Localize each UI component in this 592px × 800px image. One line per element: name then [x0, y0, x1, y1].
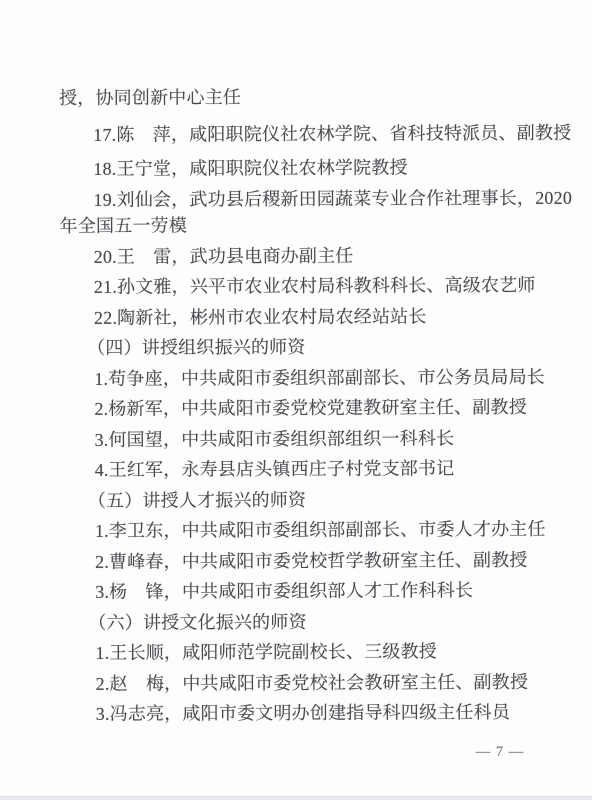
list-item-2: 2.曹峰春，中共咸阳市委党校哲学教研室主任、副教授 — [61, 544, 571, 577]
page-number: — 7 — — [455, 744, 545, 761]
list-item-3: 3.何国望，中共咸阳市委组织部组织一科科长 — [60, 422, 570, 455]
list-item-20: 20.王 雷，武功县电商办副主任 — [60, 239, 570, 272]
list-item-3: 3.冯志亮，咸阳市委文明办创建指导科四级主任科员 — [62, 697, 572, 730]
list-item-2: 2.赵 梅，中共咸阳市委党校社会教研室主任、副教授 — [62, 666, 572, 699]
list-item-1: 1.王长顺，咸阳师范学院副校长、三级教授 — [61, 636, 571, 669]
list-item-3: 3.杨 锋，中共咸阳市委组织部人才工作科科长 — [61, 575, 571, 608]
list-item-21: 21.孙文雅，兴平市农业农村局科教科科长、高级农艺师 — [60, 270, 570, 303]
document-body: 授，协同创新中心主任 17.陈 萍，咸阳职院仪社农林学院、省科技特派员、副教授 … — [59, 81, 572, 730]
continuation-line: 授，协同创新中心主任 — [59, 81, 569, 114]
section-heading-6: （六）讲授文化振兴的师资 — [61, 605, 571, 638]
list-item-18: 18.王宁堂，咸阳职院仪社农林学院教授 — [59, 152, 569, 185]
section-heading-5: （五）讲授人才振兴的师资 — [61, 483, 571, 516]
list-item-1: 1.李卫东，中共咸阳市委组织部副部长、市委人才办主任 — [61, 514, 571, 547]
list-item-2: 2.杨新军，中共咸阳市委党校党建教研室主任、副教授 — [60, 392, 570, 425]
list-item-17: 17.陈 萍，咸阳职院仪社农林学院、省科技特派员、副教授 — [59, 117, 569, 150]
section-heading-4: （四）讲授组织振兴的师资 — [60, 331, 570, 364]
list-item-4: 4.王红军，永寿县店头镇西庄子村党支部书记 — [61, 453, 571, 486]
list-item-22: 22.陶新社，彬州市农业农村局农经站站长 — [60, 300, 570, 333]
list-item-1: 1.苟争座，中共咸阳市委组织部副部长、市公务员局局长 — [60, 361, 570, 394]
scan-bottom-edge — [0, 796, 592, 800]
scanned-document-page: 授，协同创新中心主任 17.陈 萍，咸阳职院仪社农林学院、省科技特派员、副教授 … — [0, 0, 592, 800]
